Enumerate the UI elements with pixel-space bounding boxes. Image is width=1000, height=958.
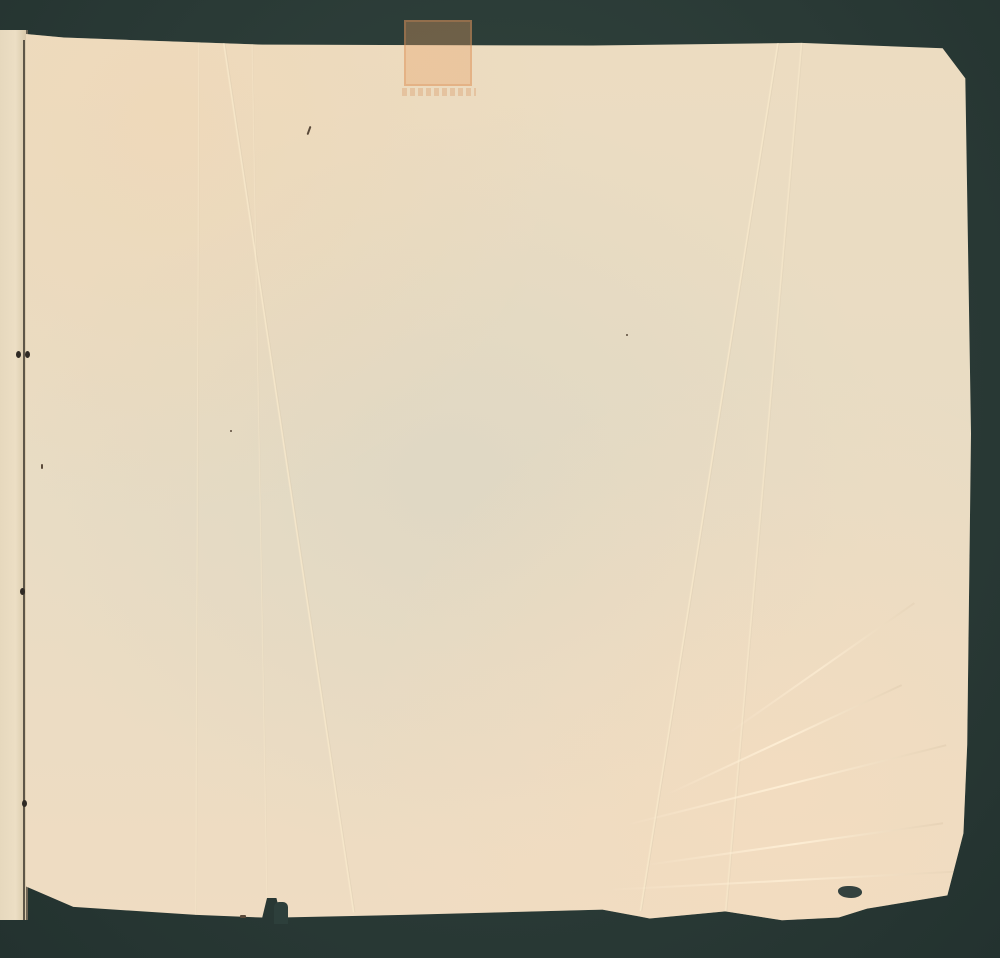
wrinkle-crease (646, 822, 943, 866)
stitch-hole (25, 351, 30, 358)
wrinkle-crease (606, 870, 966, 891)
paper-speck (41, 464, 43, 469)
blank-paper-page (26, 34, 971, 922)
wrinkle-crease (626, 744, 947, 826)
paper-speck (626, 334, 628, 336)
wrinkle-crease (725, 602, 915, 736)
paper-speck (240, 915, 246, 918)
paper-speck (230, 430, 232, 432)
fold-line (724, 34, 804, 919)
paper-tear-notch (274, 902, 288, 924)
seal-caption-mark (402, 88, 476, 96)
fold-line (221, 34, 355, 913)
fold-line (195, 34, 200, 922)
wrinkle-crease (666, 684, 902, 796)
binding-spine (23, 40, 25, 920)
fold-line (639, 34, 781, 912)
library-seal-stamp (404, 20, 472, 86)
paper-speck (307, 126, 312, 135)
ink-stain (838, 886, 862, 898)
stitch-hole (22, 800, 27, 807)
scan-scene (0, 0, 1000, 958)
stitch-hole (16, 351, 21, 358)
fold-line (251, 34, 268, 922)
stitch-hole (20, 588, 25, 595)
